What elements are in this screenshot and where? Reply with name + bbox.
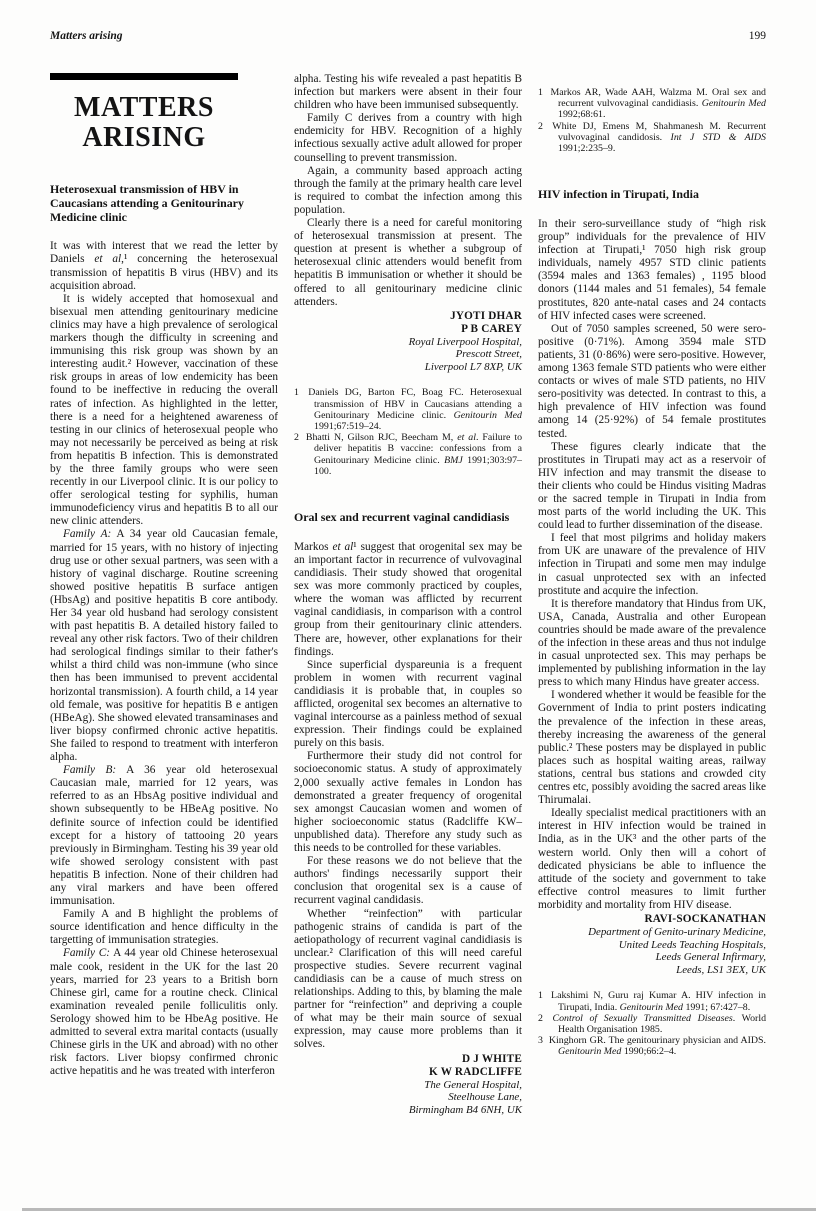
- author-name: P B CAREY: [294, 323, 522, 336]
- paragraph: It was with interest that we read the le…: [50, 240, 278, 292]
- paragraph: It is therefore mandatory that Hindus fr…: [538, 598, 766, 690]
- italic-run: Family A:: [63, 528, 111, 540]
- author-address-line: Birmingham B4 6NH, UK: [294, 1104, 522, 1117]
- column-layout: MATTERSARISINGHeterosexual transmission …: [50, 73, 766, 1116]
- paragraph: Clearly there is a need for careful moni…: [294, 217, 522, 309]
- reference-item: 1 Daniels DG, Barton FC, Boag FC. Hetero…: [294, 387, 522, 432]
- running-title: Matters arising: [50, 30, 123, 43]
- text-run: alpha. Testing his wife revealed a past …: [294, 73, 522, 111]
- text-run: For these reasons we do not believe that…: [294, 855, 522, 906]
- italic-run: et al: [457, 432, 476, 443]
- paragraph: Family A: A 34 year old Caucasian female…: [50, 528, 278, 764]
- italic-run: Control of Sexually Transmitted Diseases: [553, 1013, 733, 1024]
- signature-block: RAVI-SOCKANATHANDepartment of Genito-uri…: [538, 913, 766, 976]
- author-address-line: Royal Liverpool Hospital,: [294, 336, 522, 349]
- italic-run: BMJ: [444, 455, 463, 466]
- paragraph: I wondered whether it would be feasible …: [538, 689, 766, 807]
- text-run: Since superficial dyspareunia is a frequ…: [294, 659, 522, 750]
- reference-number: 1: [538, 87, 550, 98]
- author-address-line: Liverpool L7 8XP, UK: [294, 361, 522, 374]
- reference-item: 1 Markos AR, Wade AAH, Walzma M. Oral se…: [538, 87, 766, 121]
- paragraph: Family C: A 44 year old Chinese heterose…: [50, 947, 278, 1078]
- italic-run: Family B:: [63, 764, 116, 776]
- column-3: 1 Markos AR, Wade AAH, Walzma M. Oral se…: [538, 73, 766, 1116]
- text-run: Furthermore their study did not control …: [294, 750, 522, 854]
- text-run: Ideally specialist medical practitioners…: [538, 807, 766, 911]
- reference-number: 1: [538, 990, 551, 1001]
- text-run: A 36 year old heterosexual Caucasian mal…: [50, 764, 278, 907]
- text-run: Clearly there is a need for careful moni…: [294, 217, 522, 308]
- text-run: 1991;67:519–24.: [314, 421, 381, 432]
- author-name: RAVI-SOCKANATHAN: [538, 913, 766, 926]
- italic-run: Genitourin Med: [620, 1002, 683, 1013]
- masthead-title: MATTERSARISING: [50, 93, 238, 153]
- text-run: Family C derives from a country with hig…: [294, 112, 522, 163]
- paragraph: Ideally specialist medical practitioners…: [538, 807, 766, 912]
- author-address-line: The General Hospital,: [294, 1079, 522, 1092]
- paragraph: Since superficial dyspareunia is a frequ…: [294, 659, 522, 751]
- author-name: JYOTI DHAR: [294, 310, 522, 323]
- text-run: Family A and B highlight the problems of…: [50, 908, 278, 946]
- text-run: Markos: [294, 541, 332, 553]
- italic-run: et al: [332, 541, 353, 553]
- reference-number: 1: [294, 387, 308, 398]
- text-run: 1990;66:2–4.: [621, 1046, 676, 1057]
- author-address-line: Prescott Street,: [294, 348, 522, 361]
- italic-run: Genitourin Med: [702, 98, 766, 109]
- letter-title: Oral sex and recurrent vaginal candidias…: [294, 511, 522, 525]
- text-run: In their sero-surveillance study of “hig…: [538, 218, 766, 322]
- reference-number: 2: [538, 1013, 553, 1024]
- paragraph: It is widely accepted that homosexual an…: [50, 293, 278, 529]
- masthead-rule: [50, 73, 238, 80]
- text-run: Kinghorn GR. The genitourinary physician…: [549, 1035, 766, 1046]
- text-run: It is widely accepted that homosexual an…: [50, 293, 278, 528]
- text-run: Again, a community based approach acting…: [294, 165, 522, 216]
- reference-list: 1 Lakshimi N, Guru raj Kumar A. HIV infe…: [538, 990, 766, 1057]
- reference-number: 2: [294, 432, 306, 443]
- reference-item: 2 Control of Sexually Transmitted Diseas…: [538, 1013, 766, 1035]
- author-name: K W RADCLIFFE: [294, 1066, 522, 1079]
- author-address-line: Steelhouse Lane,: [294, 1091, 522, 1104]
- text-run: It is therefore mandatory that Hindus fr…: [538, 598, 766, 689]
- text-run: 1991; 67:427–8.: [683, 1002, 750, 1013]
- reference-list: 1 Markos AR, Wade AAH, Walzma M. Oral se…: [538, 87, 766, 154]
- text-run: A 44 year old Chinese heterosexual male …: [50, 947, 278, 1077]
- paragraph: Family B: A 36 year old heterosexual Cau…: [50, 764, 278, 908]
- column-2: alpha. Testing his wife revealed a past …: [294, 73, 522, 1116]
- reference-list: 1 Daniels DG, Barton FC, Boag FC. Hetero…: [294, 387, 522, 477]
- italic-run: Genitourin Med: [558, 1046, 621, 1057]
- author-address-line: Department of Genito-urinary Medicine,: [538, 926, 766, 939]
- text-run: A 34 year old Caucasian female, married …: [50, 528, 278, 763]
- reference-number: 2: [538, 121, 552, 132]
- page-number: 199: [749, 30, 766, 43]
- paragraph: Out of 7050 samples screened, 50 were se…: [538, 323, 766, 441]
- paragraph: For these reasons we do not believe that…: [294, 855, 522, 907]
- masthead-title-line: MATTERS: [50, 93, 238, 123]
- author-address-line: Leeds, LS1 3EX, UK: [538, 964, 766, 977]
- paragraph: In their sero-surveillance study of “hig…: [538, 218, 766, 323]
- masthead-title-line: ARISING: [50, 123, 238, 153]
- text-run: I wondered whether it would be feasible …: [538, 689, 766, 806]
- text-run: These figures clearly indicate that the …: [538, 441, 766, 532]
- letter-title: HIV infection in Tirupati, India: [538, 188, 766, 202]
- text-run: 1991;2:235–9.: [558, 143, 615, 154]
- text-run: 1992;68:61.: [558, 109, 605, 120]
- paragraph: Whether “reinfection” with particular pa…: [294, 908, 522, 1052]
- author-name: D J WHITE: [294, 1053, 522, 1066]
- reference-item: 1 Lakshimi N, Guru raj Kumar A. HIV infe…: [538, 990, 766, 1012]
- column-1: MATTERSARISINGHeterosexual transmission …: [50, 73, 278, 1116]
- paragraph: Again, a community based approach acting…: [294, 165, 522, 217]
- paragraph: I feel that most pilgrims and holiday ma…: [538, 532, 766, 597]
- text-run: ¹ suggest that orogenital sex may be an …: [294, 541, 522, 658]
- paragraph: Family C derives from a country with hig…: [294, 112, 522, 164]
- paragraph: These figures clearly indicate that the …: [538, 441, 766, 533]
- paragraph: alpha. Testing his wife revealed a past …: [294, 73, 522, 112]
- letter-title: Heterosexual transmission of HBV in Cauc…: [50, 183, 278, 224]
- signature-block: D J WHITEK W RADCLIFFEThe General Hospit…: [294, 1053, 522, 1117]
- reference-item: 2 Bhatti N, Gilson RJC, Beecham M, et al…: [294, 432, 522, 477]
- journal-masthead: MATTERSARISING: [50, 73, 238, 153]
- italic-run: et al: [94, 253, 121, 265]
- paragraph: Furthermore their study did not control …: [294, 750, 522, 855]
- journal-page: Matters arising 199 MATTERSARISINGHetero…: [0, 0, 816, 1211]
- text-run: Whether “reinfection” with particular pa…: [294, 908, 522, 1051]
- paragraph: Family A and B highlight the problems of…: [50, 908, 278, 947]
- italic-run: Genitourin Med: [454, 410, 522, 421]
- italic-run: Int J STD & AIDS: [671, 132, 766, 143]
- text-run: I feel that most pilgrims and holiday ma…: [538, 532, 766, 596]
- reference-item: 3 Kinghorn GR. The genitourinary physici…: [538, 1035, 766, 1057]
- text-run: Bhatti N, Gilson RJC, Beecham M,: [306, 432, 457, 443]
- reference-number: 3: [538, 1035, 549, 1046]
- reference-item: 2 White DJ, Emens M, Shahmanesh M. Recur…: [538, 121, 766, 155]
- signature-block: JYOTI DHARP B CAREYRoyal Liverpool Hospi…: [294, 310, 522, 374]
- text-run: Out of 7050 samples screened, 50 were se…: [538, 323, 766, 440]
- author-address-line: United Leeds Teaching Hospitals,: [538, 939, 766, 952]
- author-address-line: Leeds General Infirmary,: [538, 951, 766, 964]
- paragraph: Markos et al¹ suggest that orogenital se…: [294, 541, 522, 659]
- italic-run: Family C:: [63, 947, 110, 959]
- page-header: Matters arising 199: [50, 30, 766, 43]
